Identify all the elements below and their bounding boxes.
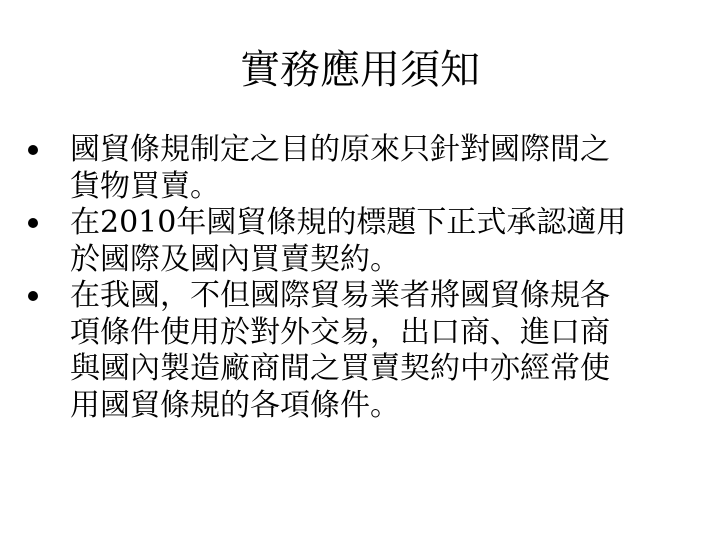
- bullet-line: 貨物買賣。: [70, 169, 688, 206]
- bullet-line: 國貿條規制定之目的原來只針對國際間之: [70, 132, 688, 169]
- bullet-dot-icon: [28, 218, 38, 228]
- bullet-line: 在2010年國貿條規的標題下正式承認適用: [70, 205, 688, 242]
- bullet-line: 項條件使用於對外交易，出口商、進口商: [70, 315, 688, 352]
- bullet-line: 於國際及國內買賣契約。: [70, 242, 688, 279]
- bullet-item: 在2010年國貿條規的標題下正式承認適用 於國際及國內買賣契約。: [28, 205, 688, 278]
- bullet-item: 國貿條規制定之目的原來只針對國際間之 貨物買賣。: [28, 132, 688, 205]
- bullet-line: 與國內製造廠商間之買賣契約中亦經常使: [70, 351, 688, 388]
- bullet-item: 在我國，不但國際貿易業者將國貿條規各 項條件使用於對外交易，出口商、進口商 與國…: [28, 278, 688, 424]
- bullet-line: 用國貿條規的各項條件。: [70, 388, 688, 425]
- bullet-dot-icon: [28, 291, 38, 301]
- bullet-dot-icon: [28, 145, 38, 155]
- slide-title: 實務應用須知: [0, 44, 720, 96]
- bullet-line: 在我國，不但國際貿易業者將國貿條規各: [70, 278, 688, 315]
- bullet-list: 國貿條規制定之目的原來只針對國際間之 貨物買賣。 在2010年國貿條規的標題下正…: [28, 132, 688, 424]
